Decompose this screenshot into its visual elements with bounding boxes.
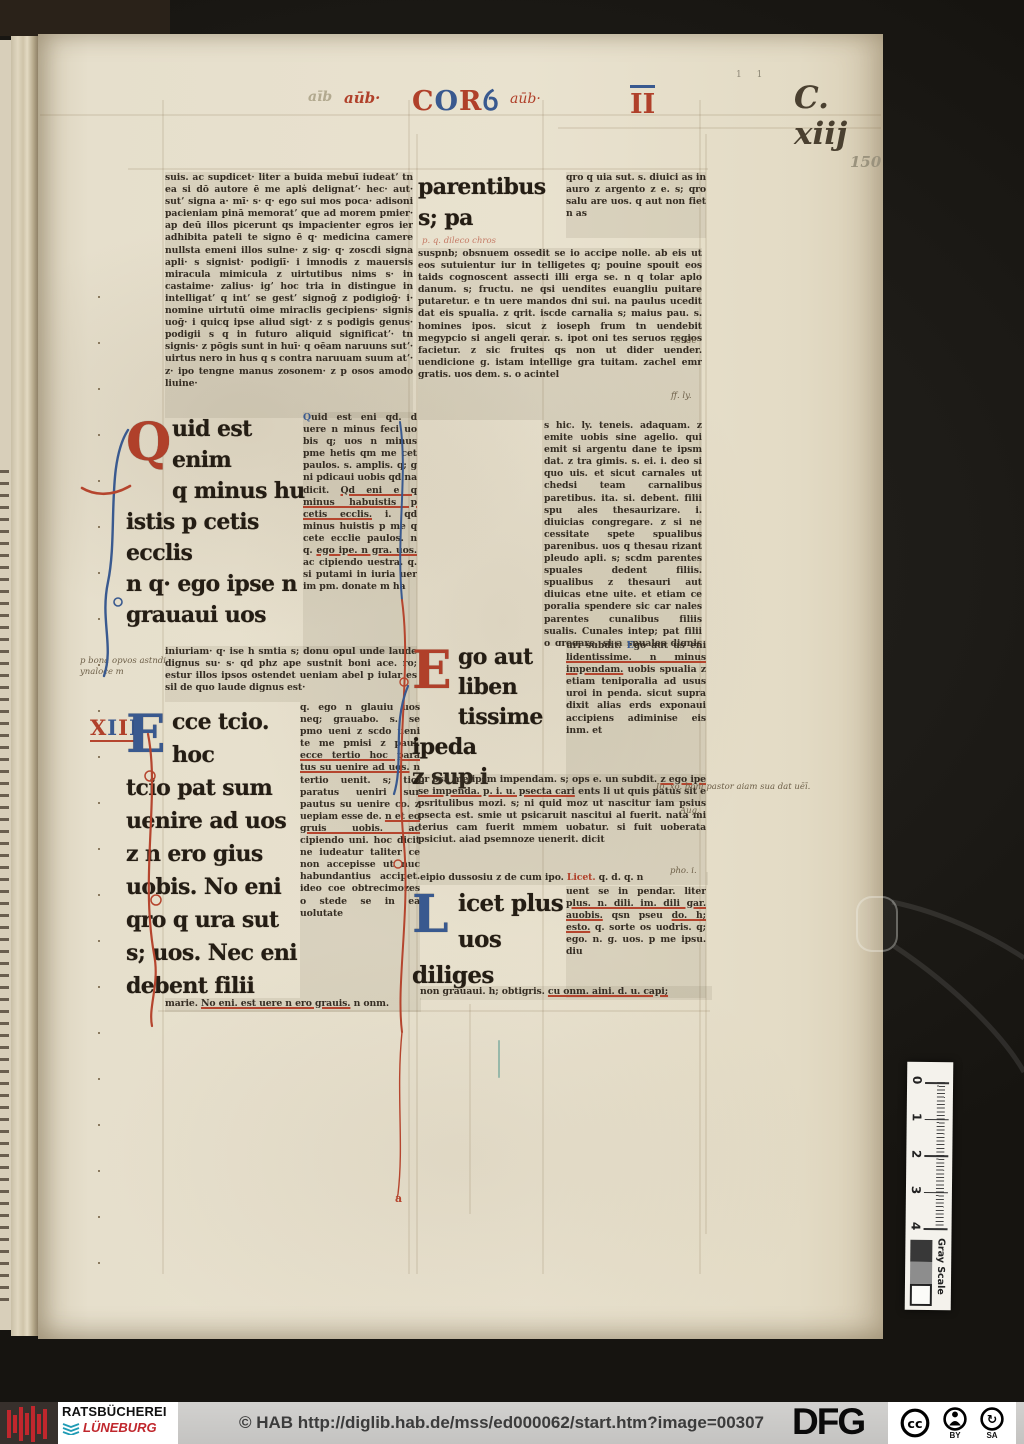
bible-text-parentibus: parentibus s; pa rentes filiis. — [418, 172, 570, 236]
cc-sa-label: SA — [986, 1432, 997, 1440]
running-title-cor: CORỽ — [412, 81, 499, 118]
ruler-major-tick — [925, 1082, 949, 1084]
penwork-tail-letter: a — [395, 1192, 402, 1205]
ruler-major-tick — [924, 1228, 948, 1230]
running-title-ghost: aīb — [308, 89, 332, 105]
gloss-block-col2-top-right: qro q uia sut. s. diuici as in auro z ar… — [566, 172, 706, 238]
page-holder-clip — [856, 896, 898, 952]
gloss-block-col1-side1: Quid est eni qd. d uere n minus feci uo … — [303, 412, 417, 654]
margin-note-right4: Aug. — [680, 806, 700, 817]
manuscript-page: aīb aūb· CORỽ aūb· II C. xiij 1 1 150 su… — [38, 34, 883, 1339]
creative-commons-box: cc BY ↻ SA — [888, 1402, 1016, 1444]
copyright-url: © HAB http://diglib.hab.de/mss/ed000062/… — [239, 1413, 764, 1433]
photo-background: aīb aūb· CORỽ aūb· II C. xiij 1 1 150 su… — [0, 0, 1024, 1402]
library-logo: RATSBÜCHEREI LÜNEBURG — [58, 1402, 178, 1444]
library-name: RATSBÜCHEREI — [62, 1404, 174, 1419]
gloss-block-col2-right-col: s hic. ly. teneis. adaquam. z emite uobi… — [544, 420, 702, 646]
chapter-heading: C. xiij — [794, 80, 883, 152]
ratsbuecherei-logo-bars — [0, 1402, 58, 1444]
red-ink-caption: p. q. dileco chros — [422, 236, 562, 247]
footer-bar: RATSBÜCHEREI LÜNEBURG © HAB http://digli… — [0, 1402, 1024, 1444]
pricking-holes — [98, 296, 100, 1276]
ruler-number-3: 3 — [909, 1186, 923, 1200]
teal-ink-smudge — [498, 1040, 500, 1078]
gloss-block-col1-top: suis. ac supdicet· liter a buida mebuī i… — [165, 172, 413, 418]
margin-note-left: p bona opvos astndi ynaloce m — [80, 656, 168, 677]
cc-sa-icon: ↻ SA — [979, 1406, 1005, 1440]
ruler-number-0: 0 — [910, 1076, 924, 1090]
gloss-line-col2-bottom: non grauaui. h; obtigris. cu onm. aini. … — [420, 986, 712, 1000]
organ-pipes-icon — [0, 1402, 58, 1444]
dfg-logo: DFG — [792, 1401, 864, 1443]
grayscale-ruler: 0 1 2 3 4 Gray Scale — [905, 1062, 954, 1310]
bible-text-ego-autem: Ego aut liben tissime ipeda z sup i pend… — [412, 642, 566, 794]
ruler-number-2: 2 — [909, 1150, 923, 1164]
gloss-block-col2-right4: uent se in pendar. liter plus. n. dili. … — [566, 886, 706, 998]
page-gutter-edges — [11, 36, 38, 1336]
pen-marks: 1 1 — [736, 70, 768, 80]
margin-note-right1: G idē — [674, 336, 697, 347]
cc-by-label: BY — [949, 1432, 960, 1440]
bible-text-quid-est-enim: Quid est enim q minus hu istis p cetis e… — [126, 414, 310, 632]
ruler-number-4: 4 — [908, 1222, 922, 1236]
grayscale-label: Gray Scale — [935, 1238, 947, 1310]
gloss-line-above-licet: eipio dussosiu z de cum ipo. Licet. q. d… — [420, 872, 708, 885]
facing-page-text-ghost — [0, 470, 9, 1310]
gloss-block-col1-side2: q. ego n glauiu uos neq; grauabo. s. se … — [300, 702, 420, 998]
bible-text-ecce-tertio: Ecce tcio. hoc tcio pat sum uenire ad uo… — [126, 706, 314, 1002]
ruler-major-tick — [924, 1155, 948, 1157]
svg-text:cc: cc — [907, 1417, 922, 1432]
running-title-left: aūb· — [344, 89, 380, 107]
ruler-major-tick — [924, 1191, 948, 1193]
bible-text-licet: Licet plus uos diliges minus diligar. s;… — [412, 886, 566, 998]
svg-text:↻: ↻ — [987, 1413, 997, 1427]
ruler-major-tick — [925, 1118, 949, 1120]
book-number: II — [630, 85, 655, 120]
book-fan-icon — [62, 1421, 80, 1435]
cc-logo-icon: cc — [899, 1407, 931, 1439]
illuminated-initial-q: Q — [126, 414, 172, 478]
illuminated-initial-e: E — [126, 706, 172, 770]
gloss-block-col2-wide1: suspnb; obsnuem ossedit se io accipe nol… — [418, 248, 702, 420]
illuminated-initial-e2: E — [412, 642, 458, 706]
margin-note-right5: pho. i. — [670, 866, 697, 877]
gloss-block-col1-mid: iniuriam· q· ise h smtia s; donu opul un… — [165, 646, 417, 702]
illuminated-initial-l: L — [412, 886, 458, 950]
running-title-suffix: aūb· — [510, 91, 541, 107]
grayscale-patch-mid — [910, 1262, 932, 1284]
margin-note-right3: Io. xo. boni pastor aiam sua dat uēī. — [656, 782, 868, 793]
lemma-text: parentibus s; pa rentes filiis. — [418, 174, 558, 236]
cc-by-icon: BY — [942, 1406, 968, 1440]
grayscale-patch-dark — [910, 1240, 932, 1262]
ruler-number-1: 1 — [910, 1113, 924, 1127]
folio-number: 150 — [850, 153, 881, 171]
library-city: LÜNEBURG — [83, 1420, 157, 1435]
gloss-line-col1-bottom: marie. No eni. est uere n ero grauis. n … — [165, 998, 421, 1012]
facing-page-sliver — [0, 40, 11, 1330]
margin-note-right2: ff. ly. — [671, 391, 692, 402]
grayscale-patch-white — [910, 1284, 932, 1306]
book-cover-edge — [0, 0, 170, 36]
